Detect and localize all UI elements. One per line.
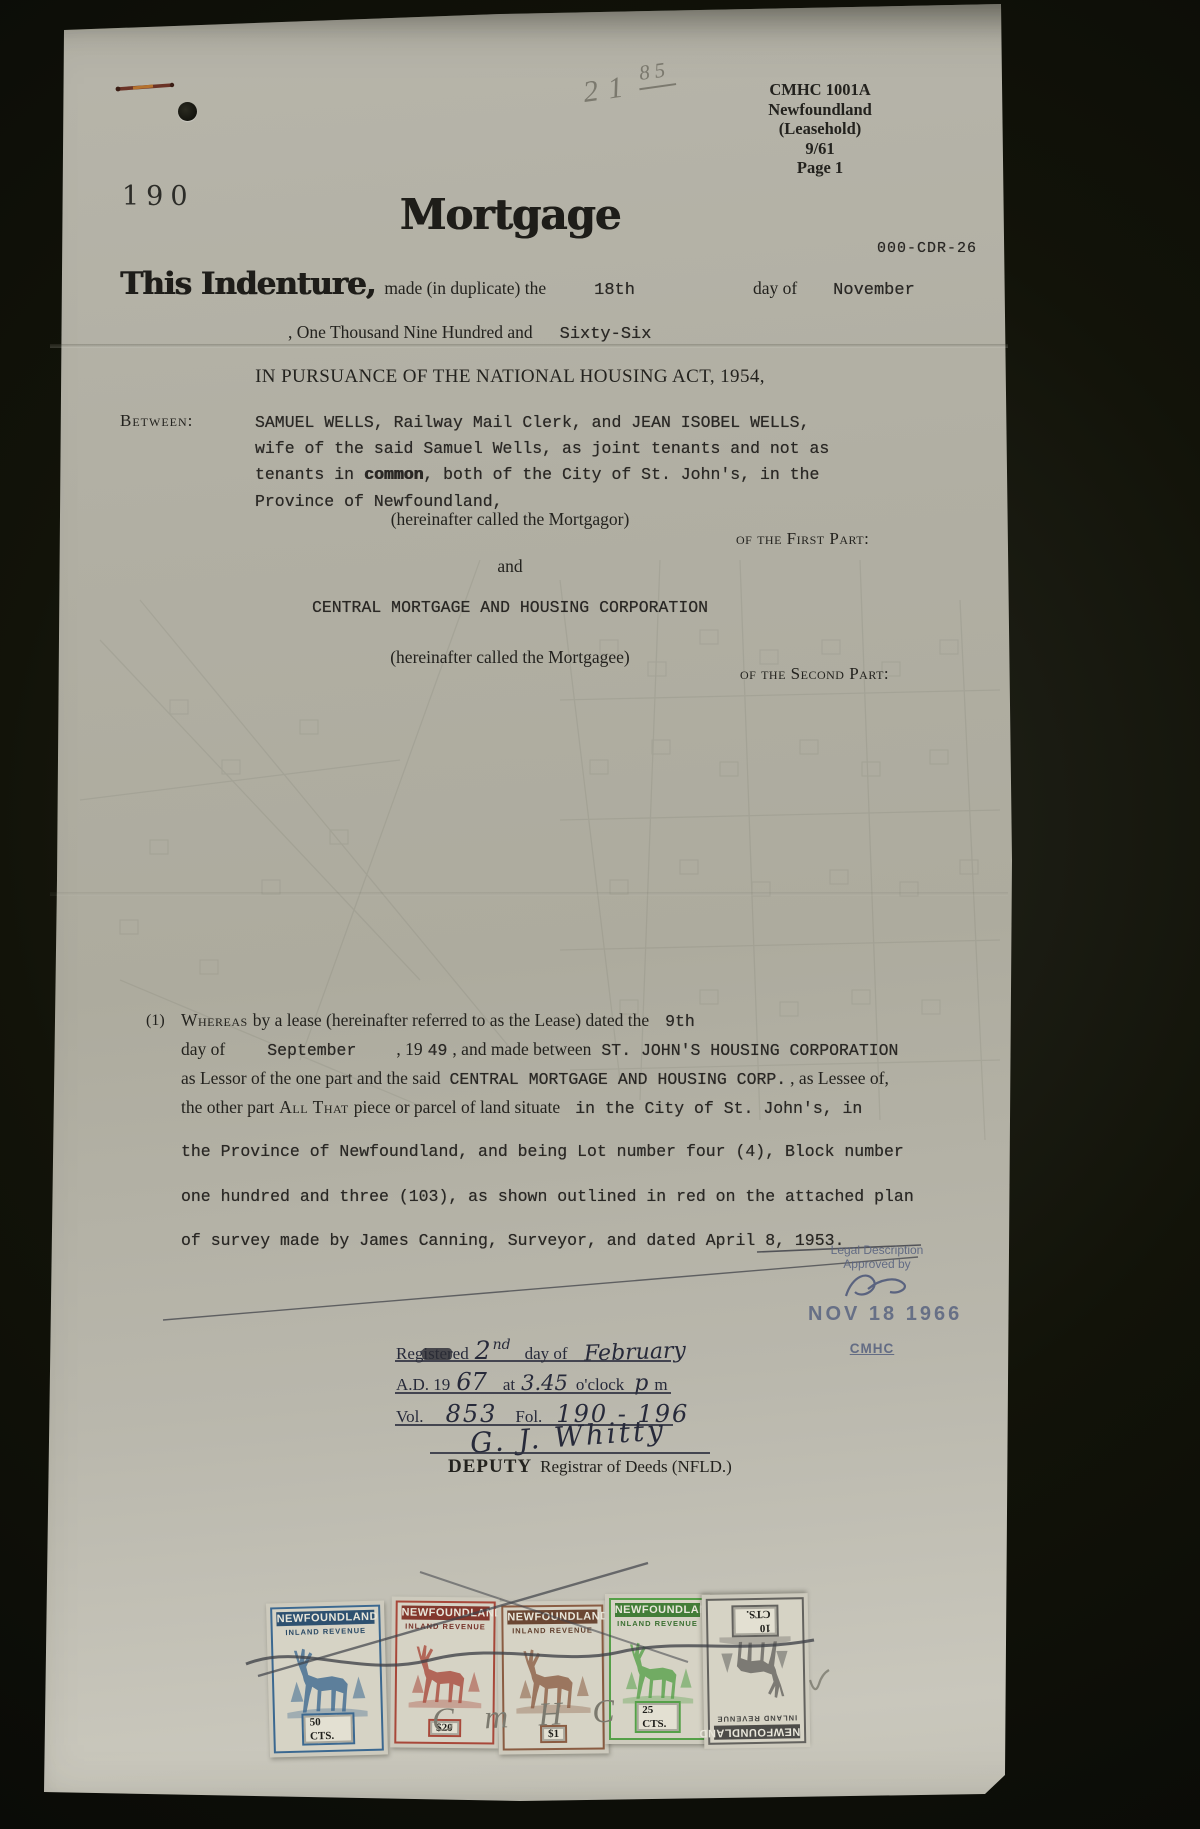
stamp-cancellation-marks	[0, 0, 1200, 1829]
scanned-document-photo: 2185 CMHC 1001A Newfoundland (Leasehold)…	[0, 0, 1200, 1829]
